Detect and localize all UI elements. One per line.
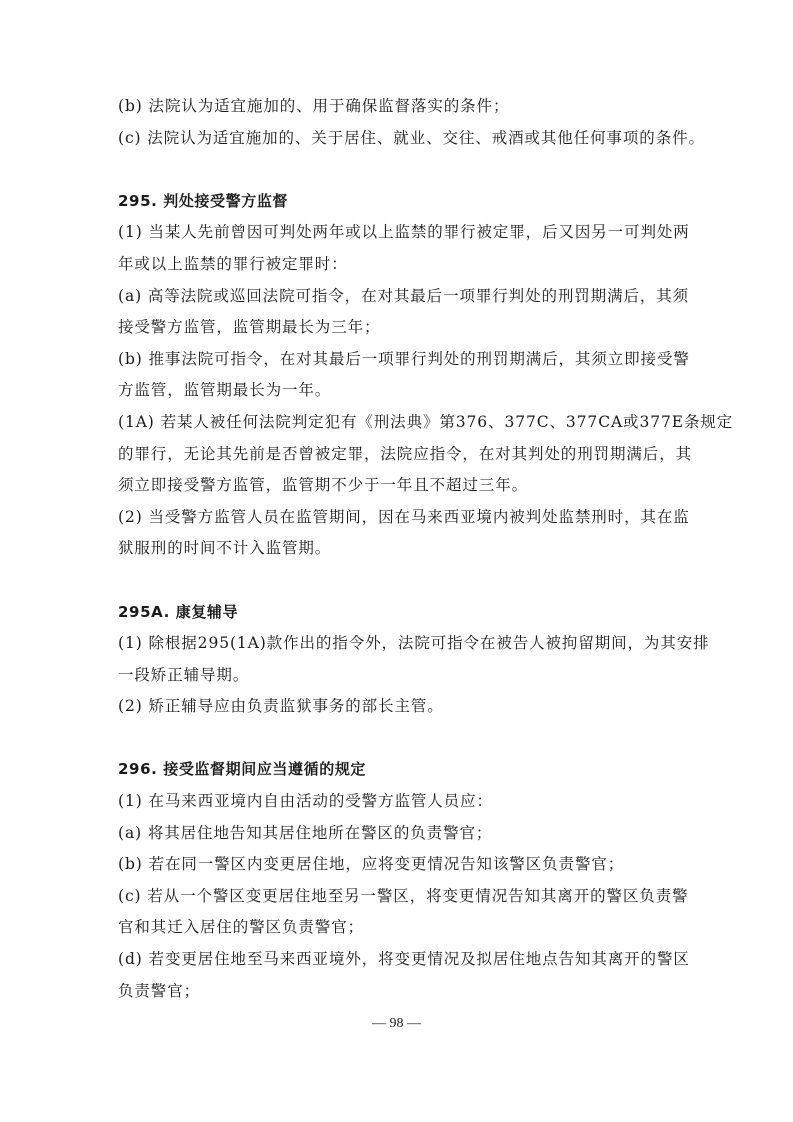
paragraph-line: 年或以上监禁的罪行被定罪时： bbox=[118, 249, 674, 281]
paragraph-line: (b) 推事法院可指令，在对其最后一项罪行判处的刑罚期满后，其须立即接受警 bbox=[118, 344, 674, 376]
paragraph-line: 负责警官； bbox=[118, 976, 674, 1008]
paragraph-line: (a) 高等法院或巡回法院可指令，在对其最后一项罪行判处的刑罚期满后，其须 bbox=[118, 281, 674, 313]
section-heading-295a: 295A. 康复辅导 bbox=[118, 597, 674, 629]
paragraph-line: (b) 若在同一警区内变更居住地，应将变更情况告知该警区负责警官； bbox=[118, 849, 674, 881]
paragraph-line: (2) 矫正辅导应由负责监狱事务的部长主管。 bbox=[118, 691, 674, 723]
section-heading-296: 296. 接受监督期间应当遵循的规定 bbox=[118, 754, 674, 786]
document-page: (b) 法院认为适宜施加的、用于确保监督落实的条件； (c) 法院认为适宜施加的… bbox=[0, 0, 793, 1122]
paragraph-line: 的罪行，无论其先前是否曾被定罪，法院应指令，在对其判处的刑罚期满后，其 bbox=[118, 439, 674, 471]
paragraph-line: (1) 当某人先前曾因可判处两年或以上监禁的罪行被定罪，后又因另一可判处两 bbox=[118, 217, 674, 249]
paragraph-line: (1A) 若某人被任何法院判定犯有《刑法典》第376、377C、377CA或37… bbox=[118, 407, 674, 439]
paragraph-line: 狱服刑的时间不计入监管期。 bbox=[118, 533, 674, 565]
section-spacer bbox=[118, 723, 674, 755]
paragraph-line: 接受警方监管，监管期最长为三年； bbox=[118, 312, 674, 344]
paragraph-line: 方监管，监管期最长为一年。 bbox=[118, 375, 674, 407]
paragraph-line: (a) 将其居住地告知其居住地所在警区的负责警官； bbox=[118, 818, 674, 850]
paragraph-line: 官和其迁入居住的警区负责警官； bbox=[118, 912, 674, 944]
section-spacer bbox=[118, 565, 674, 597]
paragraph-line: (1) 在马来西亚境内自由活动的受警方监管人员应： bbox=[118, 786, 674, 818]
clause-b-text: (b) 法院认为适宜施加的、用于确保监督落实的条件； bbox=[118, 91, 674, 123]
paragraph-line: (1) 除根据295(1A)款作出的指令外，法院可指令在被告人被拘留期间，为其安… bbox=[118, 628, 674, 660]
page-content: (b) 法院认为适宜施加的、用于确保监督落实的条件； (c) 法院认为适宜施加的… bbox=[118, 91, 674, 1007]
paragraph-line: (2) 当受警方监管人员在监管期间，因在马来西亚境内被判处监禁刑时，其在监 bbox=[118, 502, 674, 534]
paragraph-line: 须立即接受警方监管，监管期不少于一年且不超过三年。 bbox=[118, 470, 674, 502]
page-number: — 98 — bbox=[0, 1016, 793, 1032]
section-spacer bbox=[118, 154, 674, 186]
paragraph-line: (c) 若从一个警区变更居住地至另一警区，将变更情况告知其离开的警区负责警 bbox=[118, 881, 674, 913]
clause-c-text: (c) 法院认为适宜施加的、关于居住、就业、交往、戒酒或其他任何事项的条件。 bbox=[118, 123, 674, 155]
paragraph-line: (d) 若变更居住地至马来西亚境外，将变更情况及拟居住地点告知其离开的警区 bbox=[118, 944, 674, 976]
section-heading-295: 295. 判处接受警方监督 bbox=[118, 186, 674, 218]
paragraph-line: 一段矫正辅导期。 bbox=[118, 660, 674, 692]
